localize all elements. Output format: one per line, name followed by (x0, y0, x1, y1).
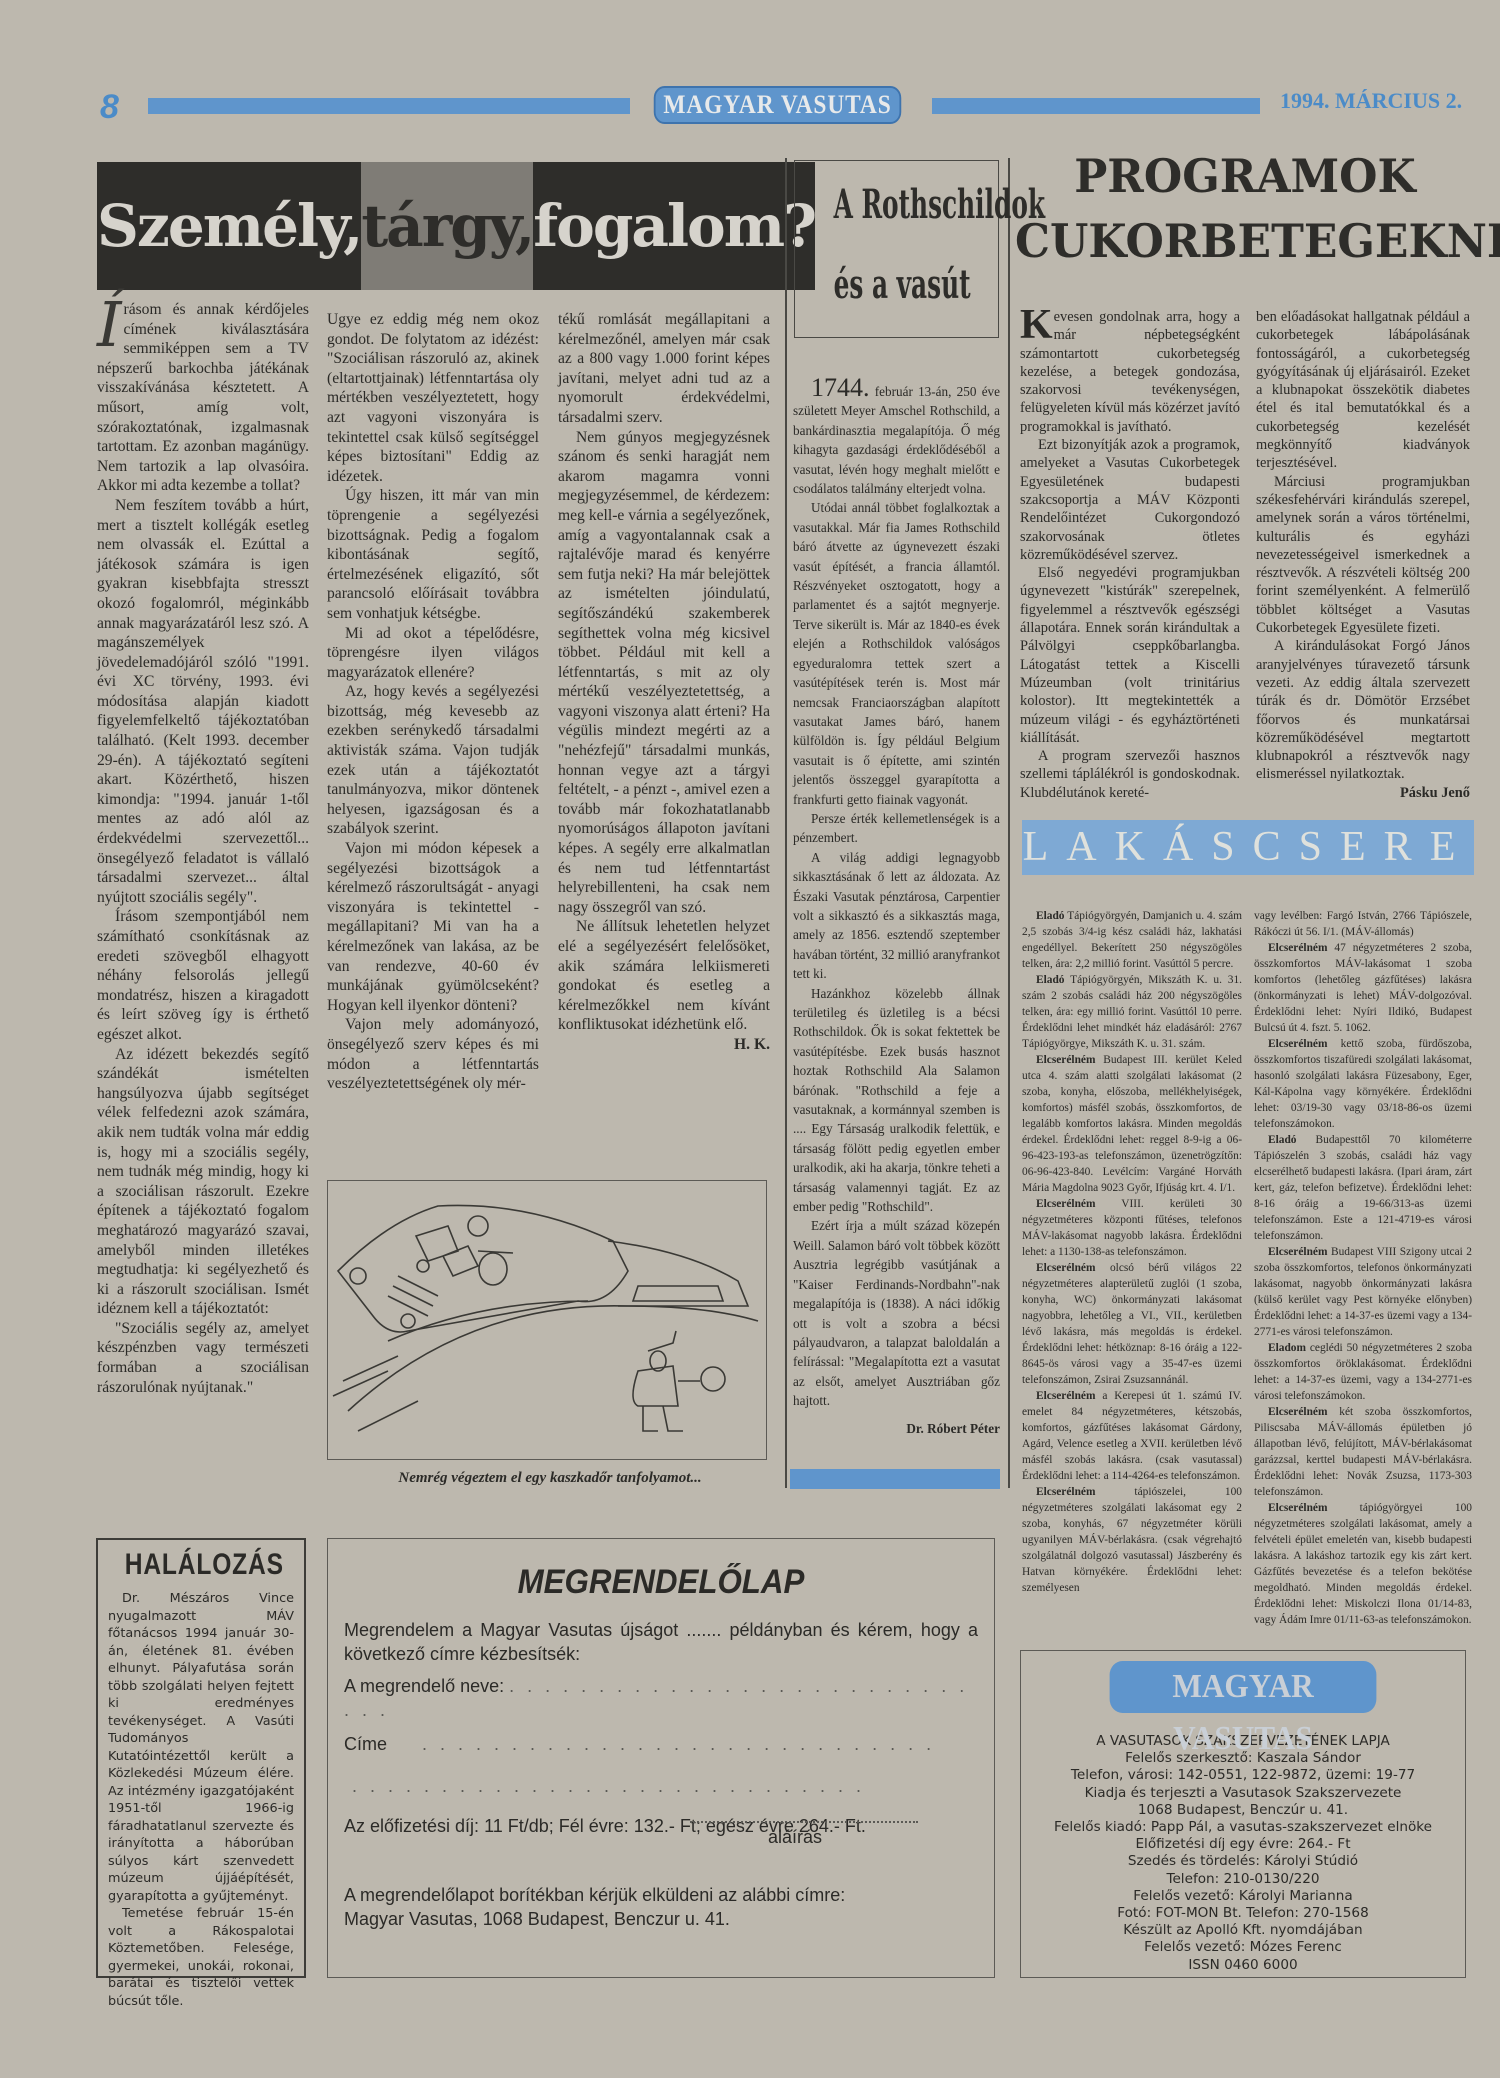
impressum-line: Fotó: FOT-MON Bt. Telefon: 270-1568 (1021, 1905, 1465, 1922)
impressum-line: Felelős vezető: Mózes Ferenc (1021, 1939, 1465, 1956)
address-input-dots[interactable]: . . . . . . . . . . . . . . . . . . . . … (352, 1776, 865, 1796)
classified-ad: Elcserélném VIII. kerületi 30 négyzetmét… (1022, 1196, 1242, 1260)
paragraph: Ugye ez eddig még nem okoz gondot. De fo… (327, 310, 539, 486)
author-signature: H. K. (558, 1035, 770, 1055)
classified-ad: Eladó Budapesttől 70 kilométerre Tápiósz… (1254, 1132, 1472, 1244)
paragraph: Első negyedévi programjukban úgynevezett… (1020, 564, 1240, 747)
order-name-field[interactable]: A megrendelő neve: . . . . . . . . . . .… (344, 1674, 978, 1722)
drop-cap: K (1020, 308, 1053, 342)
paragraph: Ezért írja a múlt század közepén Weill. … (793, 1216, 1000, 1410)
impressum-line: Felelős vezető: Károlyi Marianna (1021, 1888, 1465, 1905)
column-divider (1008, 158, 1010, 1488)
header-rule-left (148, 98, 630, 114)
paragraph: Ne állítsuk lehetetlen helyzet elé a seg… (558, 917, 770, 1035)
name-label: A megrendelő neve: (344, 1676, 504, 1696)
impressum-line: ISSN 0460 6000 (1021, 1957, 1465, 1974)
article-rothschild-body: 1744. február 13-án, 250 éve született M… (793, 378, 1000, 1438)
impressum-line: 1068 Budapest, Benczúr u. 41. (1021, 1802, 1465, 1819)
header-rule-right (932, 98, 1260, 114)
paragraph: ben előadásokat hallgatnak például a cuk… (1256, 308, 1470, 473)
paragraph: Vajon mely adományozó, önsegélyező szerv… (327, 1015, 539, 1093)
classifieds-column-1: Eladó Tápiógyörgyén, Damjanich u. 4. szá… (1022, 908, 1242, 1596)
classified-ad: Eladom ceglédi 50 négyzetméteres 2 szoba… (1254, 1340, 1472, 1404)
classified-ad: Elcserélném Budapest VIII Szigony utcai … (1254, 1244, 1472, 1340)
article-title-rothschild: A Rothschildok és a vasút (794, 160, 999, 338)
author-signature: Dr. Róbert Péter (793, 1419, 1000, 1438)
title-part: fogalom? (533, 162, 815, 290)
paragraph: Ezt bizonyítják azok a programok, amelye… (1020, 436, 1240, 564)
cartoon-illustration (327, 1180, 767, 1460)
impressum-line: Kiadja és terjeszti a Vasutasok Szakszer… (1021, 1785, 1465, 1802)
classified-ad: Elcserélném a Kerepesi út 1. számú IV. e… (1022, 1388, 1242, 1484)
classified-ad: vagy levélben: Fargó István, 2766 Tápiós… (1254, 908, 1472, 940)
classified-ad: Elcserélném kettő szoba, fürdőszoba, öss… (1254, 1036, 1472, 1132)
drop-cap: Í (97, 300, 122, 350)
section-banner-lakascsere: LAKÁSCSERE (1022, 820, 1474, 875)
article-column-1: Írásom és annak kérdőjeles címének kivál… (97, 300, 309, 1397)
paragraph: Úgy hiszen, itt már van min töprengenie … (327, 486, 539, 623)
classified-ad: Eladó Tápiógyörgyén, Damjanich u. 4. szá… (1022, 908, 1242, 972)
classified-ad: Elcserélném két szoba összkomfortos, Pil… (1254, 1404, 1472, 1500)
signature-line[interactable] (690, 1821, 918, 1823)
mailing-instructions: A megrendelőlapot borítékban kérjük elkü… (344, 1883, 845, 1931)
address-label: Címe (344, 1734, 387, 1754)
article-column-3: tékű romlását megállapitani a kérelmezőn… (558, 310, 770, 1055)
article-title-programok: PROGRAMOK CUKORBETEGEKNEK (1015, 145, 1475, 275)
author-signature: Pásku Jenő (1256, 784, 1470, 802)
article-title-szemely: Személy, tárgy, fogalom? (97, 162, 769, 290)
issue-date: 1994. MÁRCIUS 2. (1280, 88, 1462, 114)
paragraph: Nem gúnyos megjegyzésnek szánom és senki… (558, 428, 770, 918)
masthead-logo: MAGYAR VASUTAS (654, 86, 902, 124)
decorative-blue-bar (790, 1469, 1000, 1489)
paragraph: tékű romlását megállapitani a kérelmezőn… (558, 310, 770, 428)
subscription-order-form: MEGRENDELŐLAP Megrendelem a Magyar Vasut… (327, 1538, 995, 1978)
article-programok-column-2: ben előadásokat hallgatnak például a cuk… (1256, 308, 1470, 802)
classified-ad: Elcserélném 47 négyzetméteres 2 szoba, ö… (1254, 940, 1472, 1036)
paragraph: 1744. február 13-án, 250 éve született M… (793, 378, 1000, 498)
order-form-title: MEGRENDELŐLAP (369, 1563, 952, 1602)
article-column-2: Ugye ez eddig még nem okoz gondot. De fo… (327, 310, 539, 1094)
article-programok-column-1: Kevesen gondolnak arra, hogy a már népbe… (1020, 308, 1240, 802)
order-intro: Megrendelem a Magyar Vasutas újságot ...… (344, 1618, 978, 1666)
obituary-title: HALÁLOZÁS (125, 1548, 278, 1582)
order-address-field[interactable]: Címe . . . . . . . . . . . . . . . . . .… (344, 1732, 978, 1756)
paragraph: Persze érték kellemetlenségek is a pénze… (793, 809, 1000, 848)
title-part: Személy, (97, 162, 361, 290)
title-part: tárgy, (361, 162, 533, 290)
impressum-line: Szedés és tördelés: Károlyi Stúdió (1021, 1853, 1465, 1870)
paragraph: Dr. Mészáros Vince nyugalmazott MÁV főta… (108, 1590, 294, 1905)
classified-ad: Eladó Tápiógyörgyén, Mikszáth K. u. 31. … (1022, 972, 1242, 1052)
impressum-line: Telefon, városi: 142-0551, 122-9872, üze… (1021, 1767, 1465, 1784)
paragraph: Vajon mi módon képesek a segélyezési biz… (327, 839, 539, 1015)
paragraph: "Szociális segély az, amelyet készpénzbe… (97, 1319, 309, 1397)
paragraph: Márciusi programjukban székesfehérvári k… (1256, 473, 1470, 638)
paragraph: Írásom és annak kérdőjeles címének kivál… (97, 300, 309, 496)
impressum-line: Előfizetési díj egy évre: 264.- Ft (1021, 1836, 1465, 1853)
impressum-line: Felelős kiadó: Papp Pál, a vasutas-szaks… (1021, 1819, 1465, 1836)
classifieds-column-2: vagy levélben: Fargó István, 2766 Tápiós… (1254, 908, 1472, 1628)
paragraph: Temetése február 15-én volt a Rákospalot… (108, 1905, 294, 2010)
lead-year: 1744. (811, 373, 870, 402)
paragraph: Hazánkhoz közelebb állnak területileg és… (793, 984, 1000, 1217)
address-input-dots[interactable]: . . . . . . . . . . . . . . . . . . . . … (422, 1734, 935, 1754)
signature-label: aláírás (768, 1827, 822, 1848)
order-address-field-2[interactable]: . . . . . . . . . . . . . . . . . . . . … (344, 1774, 978, 1798)
paragraph: Mi ad okot a tépelődésre, töprengésre il… (327, 624, 539, 683)
masthead-logo: MAGYAR VASUTAS (1110, 1661, 1377, 1713)
cartoon-caption: Nemrég végeztem el egy kaszkadőr tanfoly… (320, 1470, 780, 1487)
column-divider (785, 158, 787, 1488)
paragraph: A kirándulásokat Forgó János aranyjelvén… (1256, 637, 1470, 783)
classified-ad: Elcserélném olcsó bérű világos 22 négyze… (1022, 1260, 1242, 1388)
classified-ad: Elcserélném tápiószelei, 100 négyzetméte… (1022, 1484, 1242, 1596)
classified-ad: Elcserélném tápiógyörgyei 100 négyzetmét… (1254, 1500, 1472, 1628)
paragraph: A világ addigi legnagyobb sikkasztásának… (793, 848, 1000, 984)
impressum-box: MAGYAR VASUTAS A VASUTASOK SZAKSZERVEZET… (1020, 1650, 1466, 1978)
paragraph: Kevesen gondolnak arra, hogy a már népbe… (1020, 308, 1240, 436)
paragraph: Az, hogy kevés a segélyezési bizottság, … (327, 682, 539, 839)
impressum-line: Telefon: 210-0130/220 (1021, 1871, 1465, 1888)
paragraph: Az idézett bekezdés segítő szándékát ism… (97, 1045, 309, 1319)
price-line: Az előfizetési díj: 11 Ft/db; Fél évre: … (344, 1814, 978, 1838)
train-cartoon-icon (328, 1181, 768, 1461)
paragraph: A program szervezői hasznos szellemi táp… (1020, 747, 1240, 802)
classified-ad: Elcserélném Budapest III. kerület Keled … (1022, 1052, 1242, 1196)
obituary-box: HALÁLOZÁS Dr. Mészáros Vince nyugalmazot… (96, 1538, 306, 1978)
impressum-line: Készült az Apolló Kft. nyomdájában (1021, 1922, 1465, 1939)
paragraph: Nem feszítem tovább a húrt, mert a tiszt… (97, 496, 309, 907)
paragraph: Írásom szempontjából nem számítható cson… (97, 907, 309, 1044)
paragraph: Utódai annál többet foglalkoztak a vasut… (793, 498, 1000, 809)
page-number: 8 (100, 88, 119, 127)
